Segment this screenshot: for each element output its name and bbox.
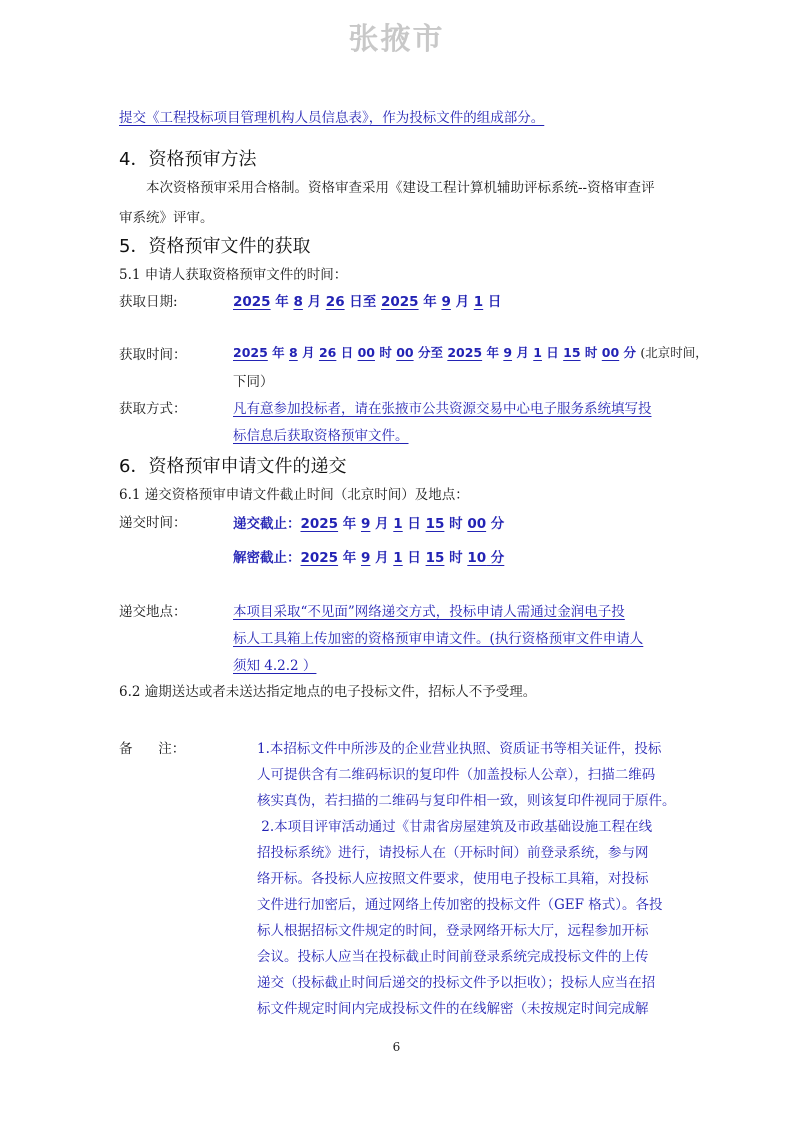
note-line: 核实真伪，若扫描的二维码与复印件相一致，则该复印件视同于原件。 [257, 789, 676, 809]
time-part: 8 [289, 345, 298, 360]
time-line2: 下同） [233, 370, 274, 390]
time-suffix: (北京时间， [640, 345, 707, 360]
time-part: 1 [533, 345, 542, 360]
date-part: 年 [419, 294, 442, 310]
section-4-para-line2: 审系统》评审。 [119, 206, 214, 226]
date-part: 日至 [345, 294, 381, 310]
section-4-para-line1: 本次资格预审采用合格制。资格审查采用《建设工程计算机辅助评标系统--资格审查评 [146, 176, 655, 196]
note-line: 1.本招标文件中所涉及的企业营业执照、资质证书等相关证件，投标 [257, 737, 661, 757]
time-part: 2025 [447, 345, 482, 360]
method-line1: 凡有意参加投标者，请在张掖市公共资源交易中心电子服务系统填写投 [233, 397, 652, 417]
note-line: 标文件规定时间内完成投标文件的在线解密（未按规定时间完成解 [257, 997, 649, 1017]
decrypt-value: 解密截止：2025 年 9 月 1 日 15 时 10 分 [233, 546, 504, 566]
deadline-part: 00 [467, 516, 486, 532]
method-line2: 标信息后获取资格预审文件。 [233, 424, 409, 444]
time-part: 26 [319, 345, 336, 360]
note-line: 人可提供含有二维码标识的复印件（加盖投标人公章），扫描二维码 [257, 763, 655, 783]
date-part: 月 [451, 294, 474, 310]
decrypt-part: 9 [361, 550, 370, 566]
date-label: 获取日期: [119, 290, 178, 310]
notes-label: 备 注： [119, 737, 185, 757]
note-line: 递交（投标截止时间后递交的投标文件予以拒收）；投标人应当在招 [257, 971, 655, 991]
deadline-prefix: 递交截止： [233, 516, 301, 532]
deadline-part: 分 [486, 516, 504, 532]
note-line: 招投标系统》进行，请投标人在（开标时间）前登录系统，参与网 [257, 841, 649, 861]
sub-6-2: 6.2 逾期送达或者未送达指定地点的电子投标文件，招标人不予受理。 [119, 680, 536, 700]
time-part: 9 [503, 345, 512, 360]
deadline-part: 2025 [301, 516, 339, 532]
time-part: 日 [336, 345, 357, 360]
watermark: 张掖市 [0, 14, 793, 58]
date-part: 年 [271, 294, 294, 310]
time-part: 月 [512, 345, 533, 360]
time-part: 年 [268, 345, 289, 360]
date-value: 2025 年 8 月 26 日至 2025 年 9 月 1 日 [233, 290, 501, 310]
time-part: 时 [581, 345, 602, 360]
decrypt-part: 日 [403, 550, 426, 566]
time-part: 日 [542, 345, 563, 360]
time-part: 00 [602, 345, 619, 360]
method-label: 获取方式： [119, 397, 187, 417]
time-part: 15 [563, 345, 580, 360]
note-line: 文件进行加密后，通过网络上传加密的投标文件（GEF 格式）。各投 [257, 893, 663, 913]
date-part: 月 [303, 294, 326, 310]
time-part: 年 [482, 345, 503, 360]
page-number: 6 [0, 1040, 793, 1054]
date-part: 8 [293, 294, 302, 310]
place-line2: 标人工具箱上传加密的资格预审申请文件。(执行资格预审文件申请人 [233, 627, 643, 647]
note-line: 会议。投标人应当在投标截止时间前登录系统完成投标文件的上传 [257, 945, 649, 965]
time-part: 分至 [414, 345, 448, 360]
section-4-heading: 4．资格预审方法 [119, 145, 256, 171]
date-part: 9 [441, 294, 450, 310]
sub-6-1: 6.1 递交资格预审申请文件截止时间（北京时间）及地点： [119, 483, 469, 503]
time-part: 00 [396, 345, 413, 360]
decrypt-prefix: 解密截止： [233, 550, 301, 566]
place-label: 递交地点： [119, 600, 187, 620]
time-part: 00 [358, 345, 375, 360]
intro-line: 提交《工程投标项目管理机构人员信息表》，作为投标文件的组成部分。 [119, 106, 544, 126]
date-part: 2025 [381, 294, 419, 310]
sub-5-1: 5.1 申请人获取资格预审文件的时间： [119, 263, 347, 283]
decrypt-part: 时 [444, 550, 467, 566]
submit-label: 递交时间： [119, 511, 187, 531]
deadline-value: 递交截止：2025 年 9 月 1 日 15 时 00 分 [233, 512, 504, 532]
deadline-part: 月 [370, 516, 393, 532]
date-part: 日 [483, 294, 501, 310]
decrypt-part: 2025 [301, 550, 339, 566]
decrypt-part: 15 [426, 550, 445, 566]
time-part: 时 [375, 345, 396, 360]
place-line3: 须知 4.2.2 ） [233, 654, 316, 674]
time-label: 获取时间： [119, 343, 187, 363]
time-part: 2025 [233, 345, 268, 360]
time-part: 月 [298, 345, 319, 360]
deadline-part: 9 [361, 516, 370, 532]
decrypt-part: 10 [467, 550, 486, 566]
deadline-part: 时 [444, 516, 467, 532]
decrypt-part: 月 [370, 550, 393, 566]
decrypt-part: 1 [393, 550, 402, 566]
section-5-heading: 5．资格预审文件的获取 [119, 232, 310, 258]
deadline-part: 日 [403, 516, 426, 532]
decrypt-part: 分 [486, 550, 504, 566]
note-line: 标人根据招标文件规定的时间，登录网络开标大厅，远程参加开标 [257, 919, 649, 939]
note-line: 络开标。各投标人应按照文件要求，使用电子投标工具箱，对投标 [257, 867, 649, 887]
deadline-part: 1 [393, 516, 402, 532]
section-6-heading: 6．资格预审申请文件的递交 [119, 452, 346, 478]
time-part: 分 [619, 345, 636, 360]
date-part: 2025 [233, 294, 271, 310]
place-line1: 本项目采取“不见面”网络递交方式，投标申请人需通过金润电子投 [233, 600, 625, 620]
deadline-part: 15 [426, 516, 445, 532]
decrypt-part: 年 [338, 550, 361, 566]
time-value: 2025 年 8 月 26 日 00 时 00 分至 2025 年 9 月 1 … [233, 343, 708, 361]
note-line: 2.本项目评审活动通过《甘肃省房屋建筑及市政基础设施工程在线 [257, 815, 652, 835]
date-part: 26 [326, 294, 345, 310]
date-part: 1 [474, 294, 483, 310]
deadline-part: 年 [338, 516, 361, 532]
